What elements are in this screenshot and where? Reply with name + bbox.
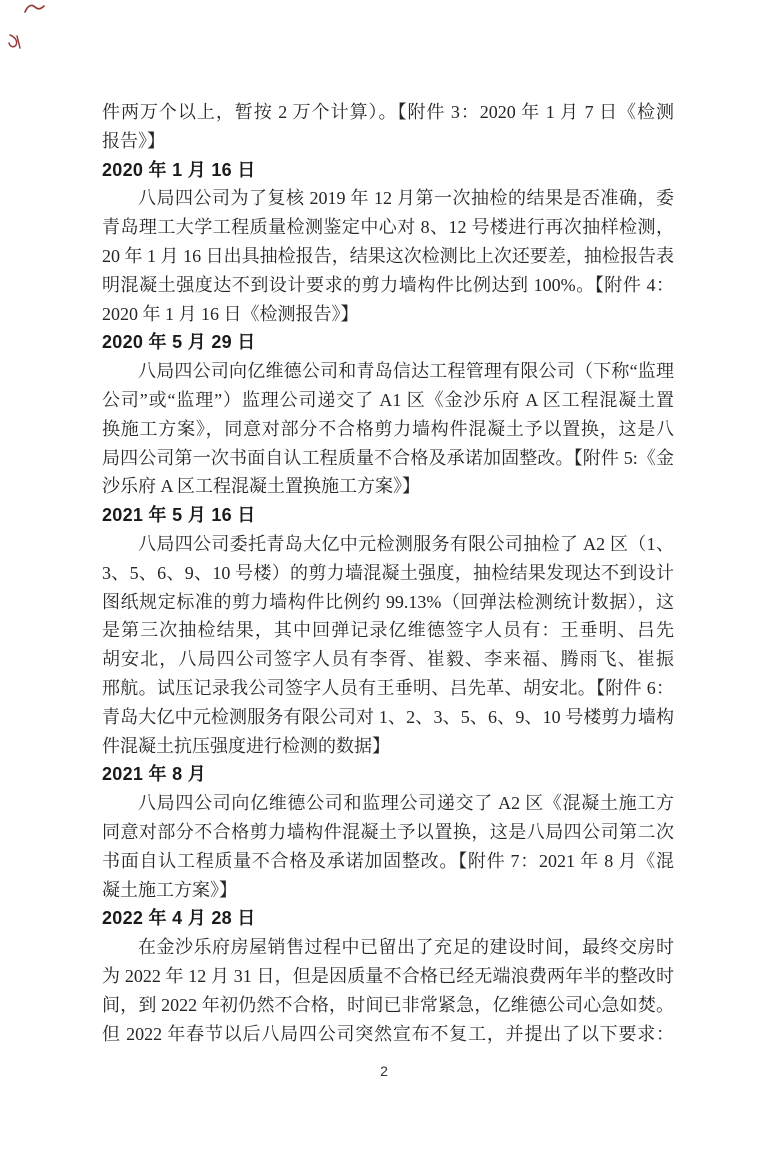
date-heading: 2021 年 5 月 16 日 <box>102 501 674 530</box>
date-heading: 2021 年 8 月 <box>102 760 674 789</box>
text-line: 件两万个以上，暂按 2 万个计算）。【附件 3：2020 年 1 月 7 日《检… <box>102 98 674 127</box>
red-pen-mark <box>7 33 22 50</box>
date-heading: 2020 年 1 月 16 日 <box>102 156 674 185</box>
text-line: 但 2022 年春节以后八局四公司突然宣布不复工，并提出了以下要求：（1） <box>102 1020 674 1049</box>
page-number: 2 <box>0 1062 768 1080</box>
text-line: 图纸规定标准的剪力墙构件比例约 99.13%（回弹法检测统计数据），这 <box>102 588 674 617</box>
text-line: 为 2022 年 12 月 31 日，但是因质量不合格已经无端浪费两年半的整改时 <box>102 962 674 991</box>
text-line: 沙乐府 A 区工程混凝土置换施工方案》】 <box>102 472 674 501</box>
red-pen-mark <box>24 3 45 15</box>
text-line: 局四公司第一次书面自认工程质量不合格及承诺加固整改。【附件 5:《金 <box>102 444 674 473</box>
text-line: 是第三次抽检结果，其中回弹记录亿维德签字人员有：王垂明、吕先革、 <box>102 616 674 645</box>
document-text-body: 件两万个以上，暂按 2 万个计算）。【附件 3：2020 年 1 月 7 日《检… <box>102 98 674 1048</box>
text-line: 件混凝土抗压强度进行检测的数据】 <box>102 732 674 761</box>
text-line: 八局四公司向亿维德公司和监理公司递交了 A2 区《混凝土施工方案》， <box>102 789 674 818</box>
text-line: 间，到 2022 年初仍然不合格，时间已非常紧急，亿维德公司心急如焚。 <box>102 991 674 1020</box>
text-line: 2020 年 1 月 16 日《检测报告》】 <box>102 300 674 329</box>
date-heading: 2022 年 4 月 28 日 <box>102 904 674 933</box>
text-line: 报告》】 <box>102 127 674 156</box>
text-line: 公司”或“监理”）监理公司递交了 A1 区《金沙乐府 A 区工程混凝土置 <box>102 386 674 415</box>
text-line: 胡安北，八局四公司签字人员有李胥、崔毅、李来福、腾雨飞、崔振龙、 <box>102 645 674 674</box>
text-line: 凝土施工方案》】 <box>102 876 674 905</box>
text-line: 换施工方案》，同意对部分不合格剪力墙构件混凝土予以置换，这是八 <box>102 415 674 444</box>
text-line: 书面自认工程质量不合格及承诺加固整改。【附件 7：2021 年 8 月《混 <box>102 847 674 876</box>
text-line: 八局四公司向亿维德公司和青岛信达工程管理有限公司（下称“监理 <box>102 357 674 386</box>
text-line: 邢航。试压记录我公司签字人员有王垂明、吕先革、胡安北。【附件 6： <box>102 674 674 703</box>
text-line: 20 年 1 月 16 日出具抽检报告，结果这次检测比上次还要差，抽检报告表 <box>102 242 674 271</box>
text-line: 同意对部分不合格剪力墙构件混凝土予以置换，这是八局四公司第二次 <box>102 818 674 847</box>
text-line: 在金沙乐府房屋销售过程中已留出了充足的建设时间，最终交房时间 <box>102 933 674 962</box>
text-line: 八局四公司委托青岛大亿中元检测服务有限公司抽检了 A2 区（1、2、 <box>102 530 674 559</box>
text-line: 青岛大亿中元检测服务有限公司对 1、2、3、5、6、9、10 号楼剪力墙构 <box>102 703 674 732</box>
text-line: 八局四公司为了复核 2019 年 12 月第一次抽检的结果是否准确，委托 <box>102 184 674 213</box>
text-line: 青岛理工大学工程质量检测鉴定中心对 8、12 号楼进行再次抽样检测， <box>102 213 674 242</box>
text-line: 3、5、6、9、10 号楼）的剪力墙混凝土强度，抽检结果发现达不到设计 <box>102 559 674 588</box>
date-heading: 2020 年 5 月 29 日 <box>102 328 674 357</box>
text-line: 明混凝土强度达不到设计要求的剪力墙构件比例达到 100%。【附件 4： <box>102 271 674 300</box>
